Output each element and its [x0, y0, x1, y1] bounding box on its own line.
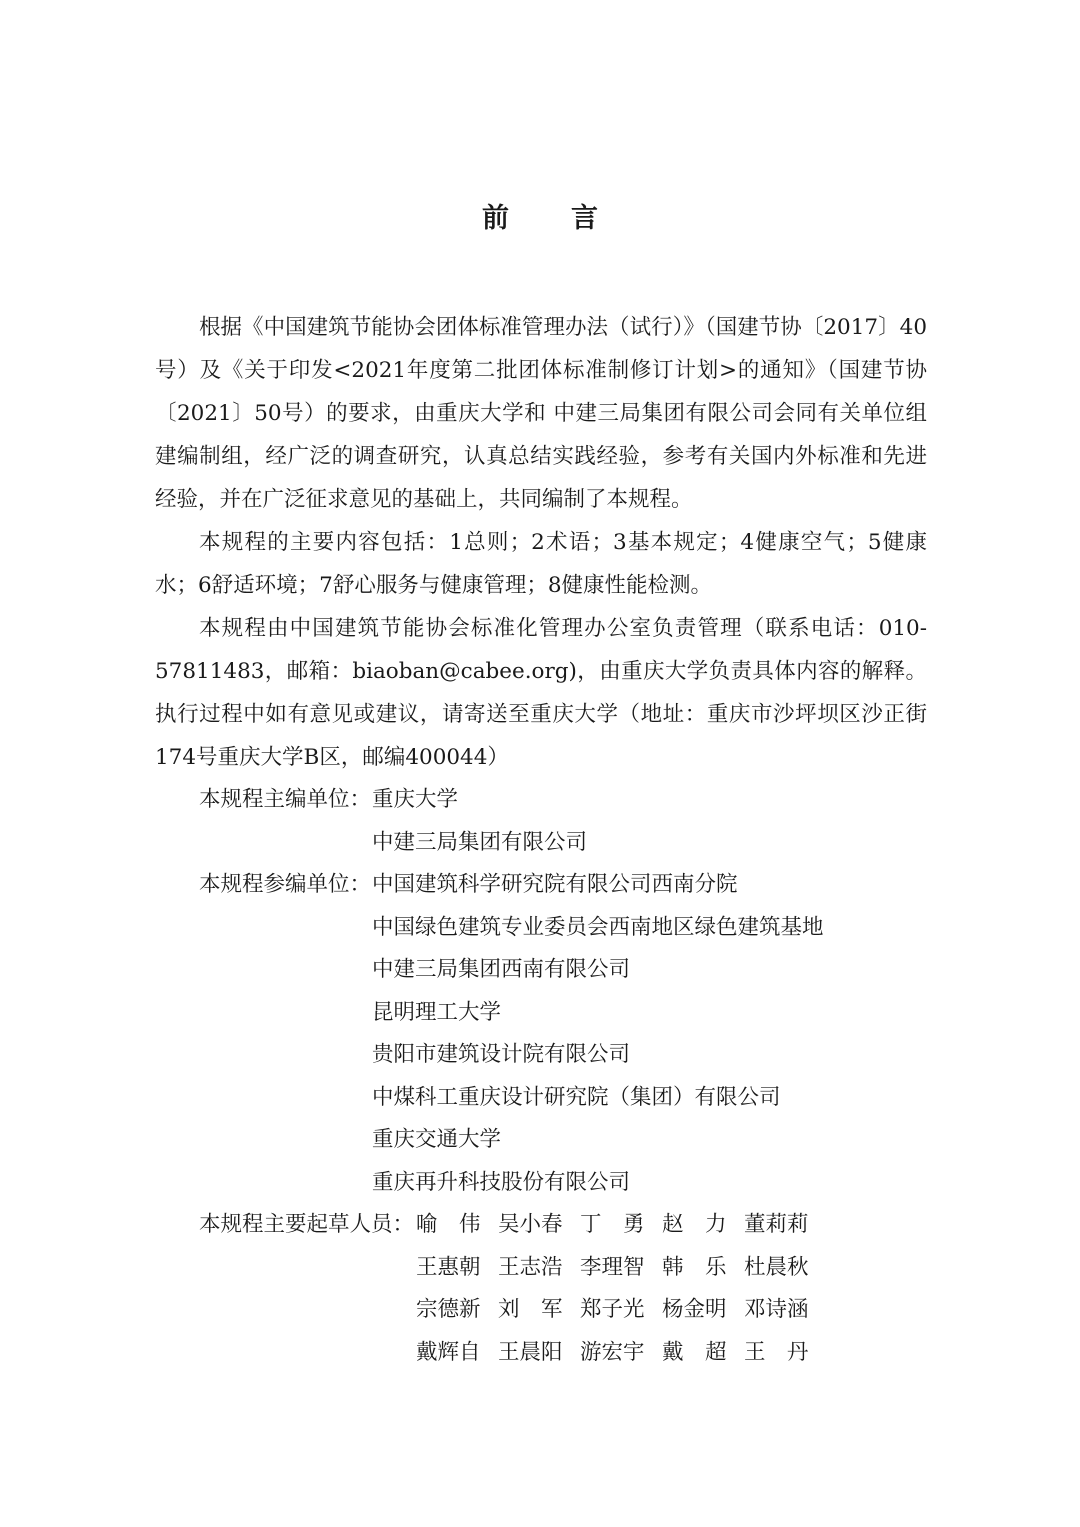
drafter-name: 喻 伟	[416, 1204, 498, 1247]
drafter-name: 戴辉自	[416, 1332, 498, 1375]
participating-units-section: 本规程参编单位： 中国建筑科学研究院有限公司西南分院 中国绿色建筑专业委员会西南…	[155, 864, 927, 1204]
drafter-name: 郑子光	[580, 1289, 662, 1332]
paragraph-basis: 根据《中国建筑节能协会团体标准管理办法（试行）》（国建节协〔2017〕40号）及…	[155, 306, 927, 521]
drafter-name: 董莉莉	[744, 1204, 826, 1247]
drafter-name: 王惠朝	[416, 1247, 498, 1290]
page-title: 前言	[0, 196, 1080, 235]
participating-unit: 贵阳市建筑设计院有限公司	[372, 1034, 824, 1077]
drafters-label: 本规程主要起草人员：	[155, 1204, 416, 1374]
participating-units-label: 本规程参编单位：	[155, 864, 372, 1204]
drafter-name: 丁 勇	[580, 1204, 662, 1247]
drafter-name: 王 丹	[744, 1332, 826, 1375]
chief-editor-unit: 中建三局集团有限公司	[372, 822, 587, 865]
drafters-names: 喻 伟 吴小春 丁 勇 赵 力 董莉莉 王惠朝 王志浩 李理智 韩 乐 杜晨秋 …	[416, 1204, 826, 1374]
drafter-name: 韩 乐	[662, 1247, 744, 1290]
paragraph-management: 本规程由中国建筑节能协会标准化管理办公室负责管理（联系电话：010-578114…	[155, 607, 927, 779]
document-body: 根据《中国建筑节能协会团体标准管理办法（试行）》（国建节协〔2017〕40号）及…	[155, 306, 927, 1374]
chief-editors-label: 本规程主编单位：	[155, 779, 372, 864]
participating-unit: 中煤科工重庆设计研究院（集团）有限公司	[372, 1077, 824, 1120]
drafter-name: 戴 超	[662, 1332, 744, 1375]
participating-unit: 中国绿色建筑专业委员会西南地区绿色建筑基地	[372, 907, 824, 950]
drafter-name: 吴小春	[498, 1204, 580, 1247]
paragraph-contents: 本规程的主要内容包括：1总则；2术语；3基本规定；4健康空气；5健康水；6舒适环…	[155, 521, 927, 607]
participating-unit: 中建三局集团西南有限公司	[372, 949, 824, 992]
drafter-name: 李理智	[580, 1247, 662, 1290]
drafter-name: 游宏宇	[580, 1332, 662, 1375]
drafter-name: 赵 力	[662, 1204, 744, 1247]
drafter-name: 王晨阳	[498, 1332, 580, 1375]
drafter-name: 杨金明	[662, 1289, 744, 1332]
participating-unit: 昆明理工大学	[372, 992, 824, 1035]
participating-unit: 重庆再升科技股份有限公司	[372, 1162, 824, 1205]
drafters-section: 本规程主要起草人员： 喻 伟 吴小春 丁 勇 赵 力 董莉莉 王惠朝 王志浩 李…	[155, 1204, 927, 1374]
drafter-name: 杜晨秋	[744, 1247, 826, 1290]
chief-editor-unit: 重庆大学	[372, 779, 587, 822]
participating-unit: 重庆交通大学	[372, 1119, 824, 1162]
drafter-name: 王志浩	[498, 1247, 580, 1290]
participating-unit: 中国建筑科学研究院有限公司西南分院	[372, 864, 824, 907]
drafter-name: 刘 军	[498, 1289, 580, 1332]
drafter-name: 宗德新	[416, 1289, 498, 1332]
chief-editors-section: 本规程主编单位： 重庆大学 中建三局集团有限公司	[155, 779, 927, 864]
drafter-name: 邓诗涵	[744, 1289, 826, 1332]
